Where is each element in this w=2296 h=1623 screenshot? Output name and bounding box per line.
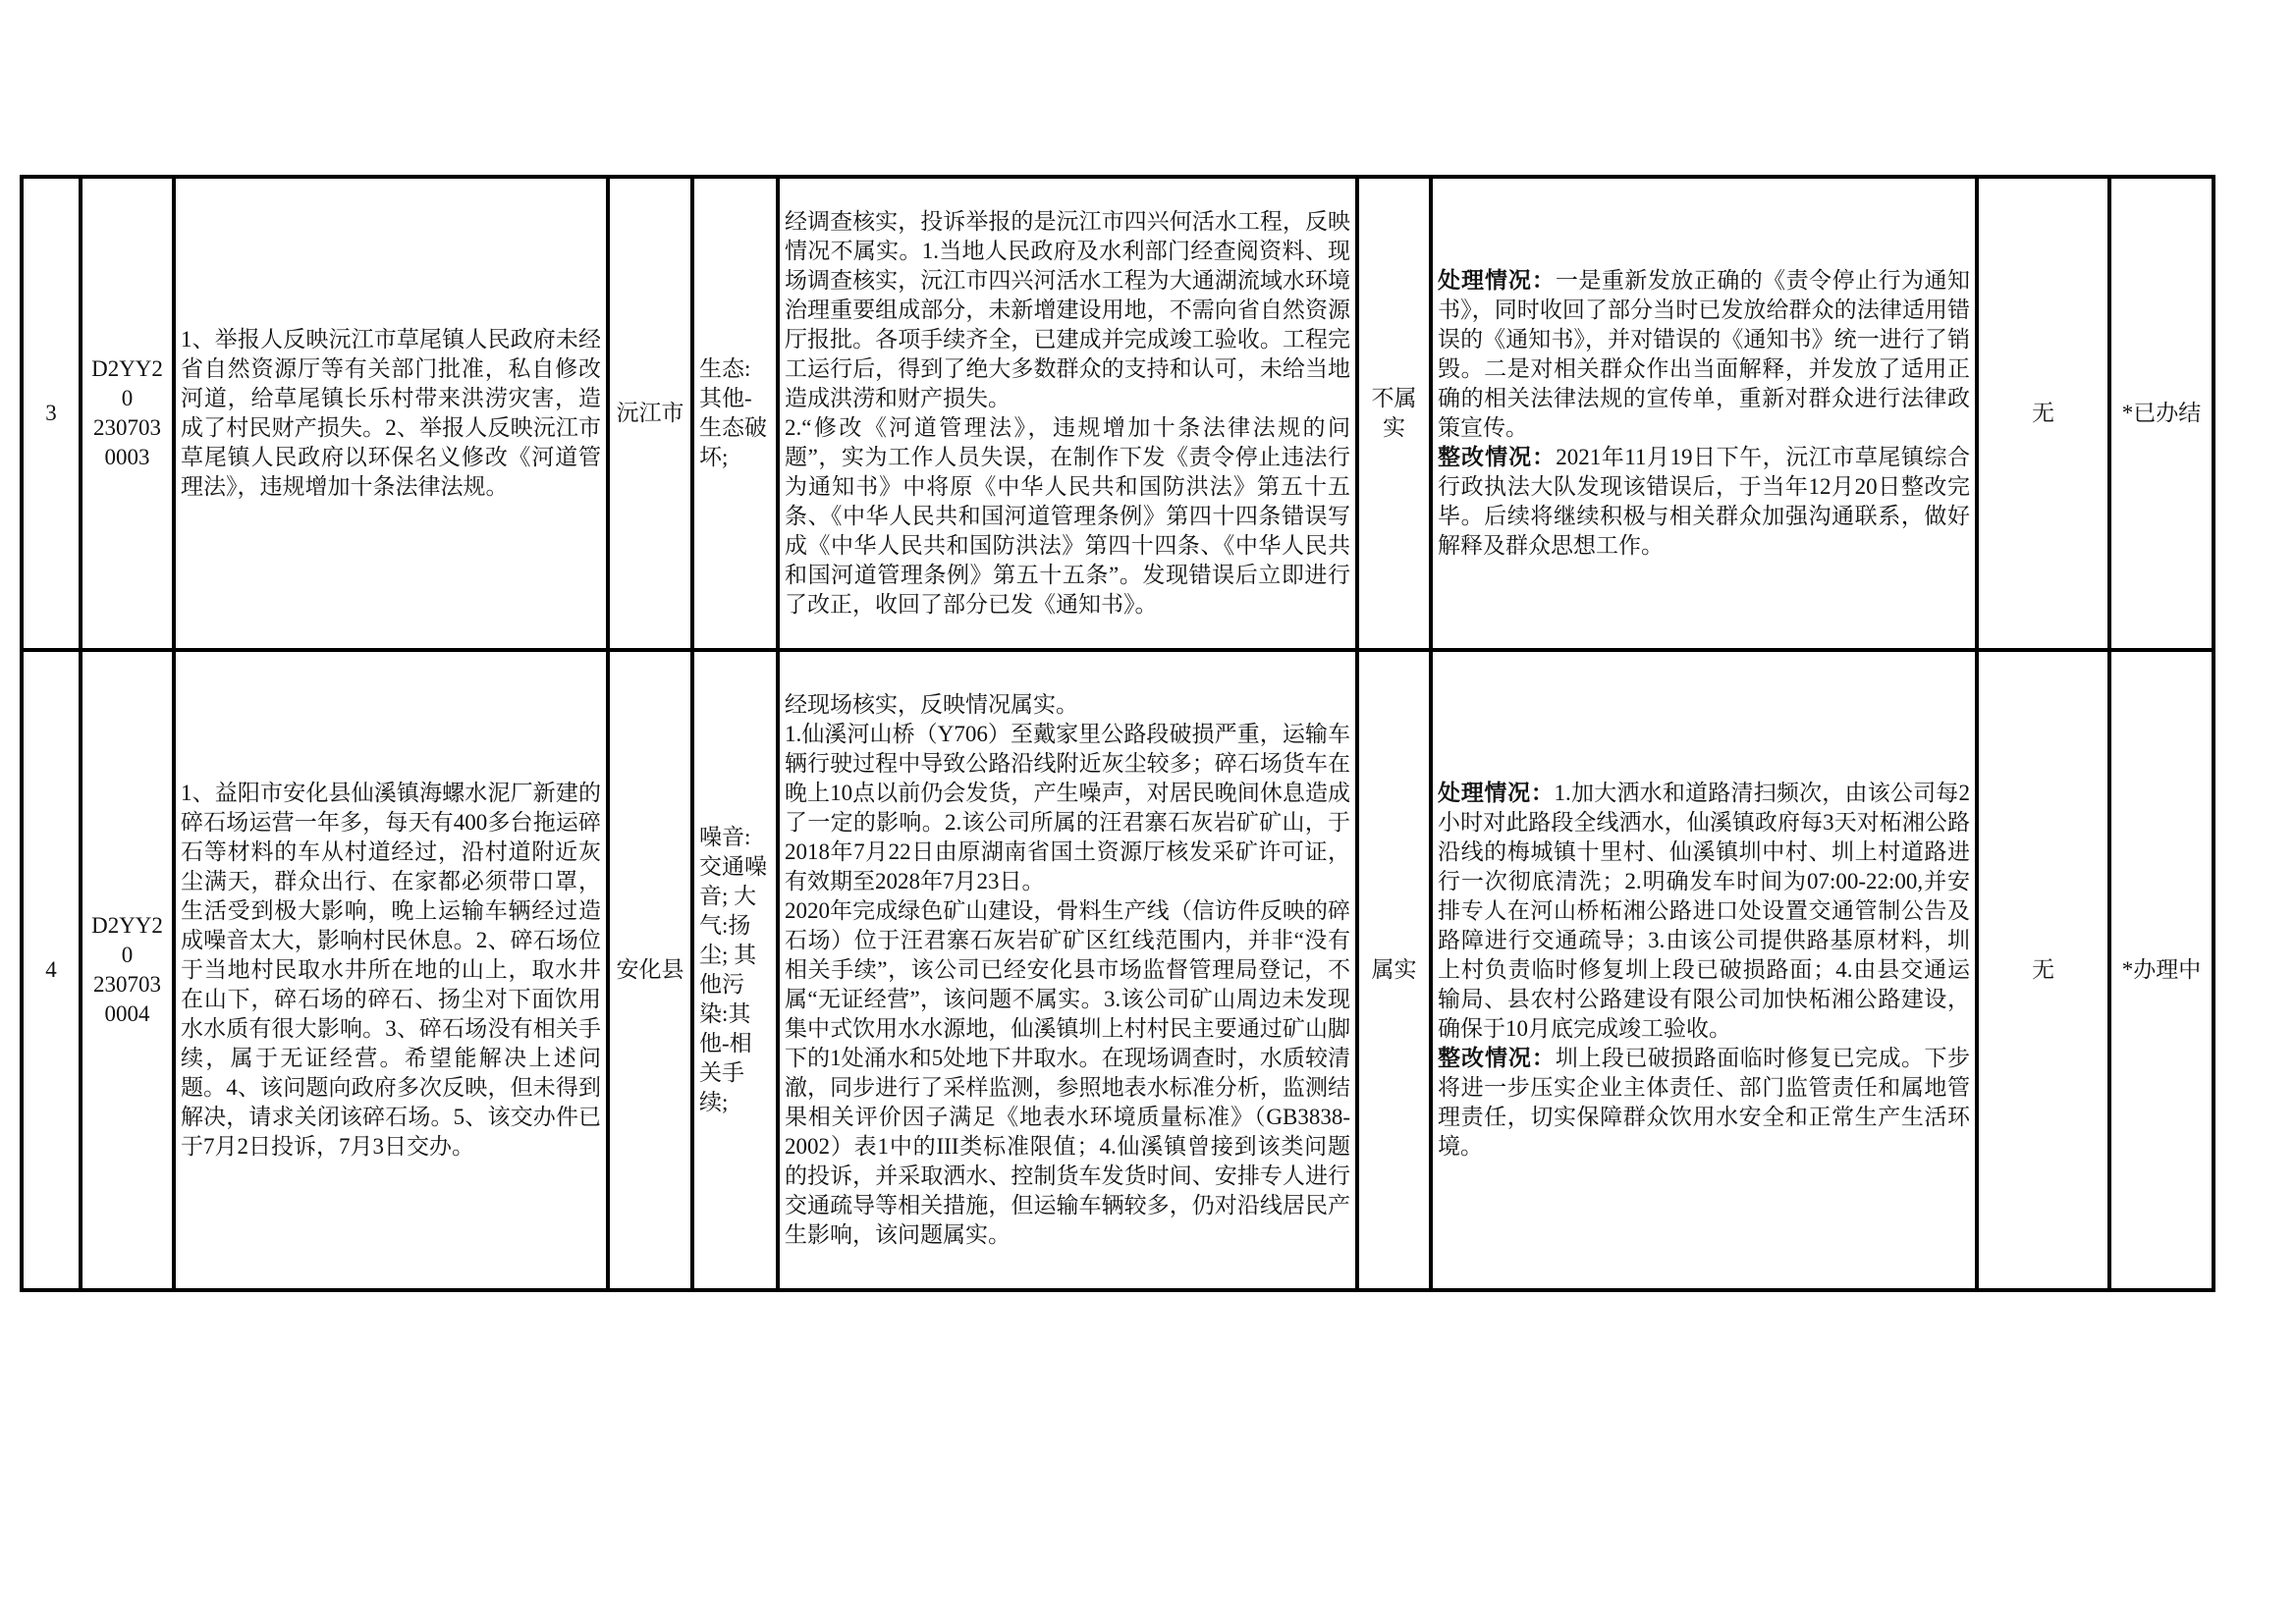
handling-text: 1.加大洒水和道路清扫频次，由该公司每2小时对此路段全线洒水，仙溪镇政府每3天对…	[1438, 781, 1970, 1041]
cell-case-id: D2YY20 230703 0003	[81, 177, 174, 650]
table-row: 3 D2YY20 230703 0003 1、举报人反映沅江市草尾镇人民政府未经…	[22, 177, 2214, 650]
paragraph: 整改情况：圳上段已破损路面临时修复已完成。下步将进一步压实企业主体责任、部门监管…	[1438, 1044, 1970, 1162]
complaints-table: 3 D2YY20 230703 0003 1、举报人反映沅江市草尾镇人民政府未经…	[20, 175, 2215, 1292]
handling-text: 一是重新发放正确的《责令停止行为通知书》，同时收回了部分当时已发放给群众的法律适…	[1438, 268, 1970, 440]
cell-status: *办理中	[2109, 650, 2214, 1290]
paragraph: 1.仙溪河山桥（Y706）至戴家里公路段破损严重，运输车辆行驶过程中导致公路沿线…	[785, 720, 1350, 896]
paragraph: 整改情况：2021年11月19日下午，沅江市草尾镇综合行政执法大队发现该错误后，…	[1438, 443, 1970, 561]
cell-row-number: 3	[22, 177, 81, 650]
cell-verdict: 属实	[1357, 650, 1431, 1290]
cell-investigation: 经调查核实，投诉举报的是沅江市四兴何活水工程，反映情况不属实。1.当地人民政府及…	[778, 177, 1357, 650]
paragraph: 经调查核实，投诉举报的是沅江市四兴何活水工程，反映情况不属实。1.当地人民政府及…	[785, 207, 1350, 413]
cell-complaint: 1、举报人反映沅江市草尾镇人民政府未经省自然资源厅等有关部门批准，私自修改河道，…	[174, 177, 608, 650]
rectification-label: 整改情况：	[1438, 1046, 1556, 1070]
paragraph: 经现场核实，反映情况属实。	[785, 690, 1350, 720]
paragraph: 处理情况：一是重新发放正确的《责令停止行为通知书》，同时收回了部分当时已发放给群…	[1438, 266, 1970, 443]
handling-label: 处理情况：	[1438, 268, 1556, 293]
paragraph: 2.“修改《河道管理法》，违规增加十条法律法规的问题”，实为工作人员失误，在制作…	[785, 413, 1350, 620]
cell-complaint: 1、益阳市安化县仙溪镇海螺水泥厂新建的碎石场运营一年多，每天有400多台拖运碎石…	[174, 650, 608, 1290]
cell-category: 噪音:交通噪音; 大气:扬尘; 其他污染:其他-相关手续;	[692, 650, 778, 1290]
cell-handling: 处理情况：1.加大洒水和道路清扫频次，由该公司每2小时对此路段全线洒水，仙溪镇政…	[1431, 650, 1977, 1290]
table-row: 4 D2YY20 230703 0004 1、益阳市安化县仙溪镇海螺水泥厂新建的…	[22, 650, 2214, 1290]
rectification-label: 整改情况：	[1438, 445, 1556, 469]
cell-category: 生态:其他-生态破坏;	[692, 177, 778, 650]
cell-city: 安化县	[608, 650, 692, 1290]
handling-label: 处理情况：	[1438, 781, 1555, 805]
cell-city: 沅江市	[608, 177, 692, 650]
cell-supervision: 无	[1977, 650, 2109, 1290]
paragraph: 2020年完成绿色矿山建设，骨料生产线（信访件反映的碎石场）位于汪君寨石灰岩矿矿…	[785, 896, 1350, 1250]
cell-verdict: 不属实	[1357, 177, 1431, 650]
cell-status: *已办结	[2109, 177, 2214, 650]
cell-handling: 处理情况：一是重新发放正确的《责令停止行为通知书》，同时收回了部分当时已发放给群…	[1431, 177, 1977, 650]
cell-case-id: D2YY20 230703 0004	[81, 650, 174, 1290]
document-page: 3 D2YY20 230703 0003 1、举报人反映沅江市草尾镇人民政府未经…	[0, 0, 2296, 1623]
cell-investigation: 经现场核实，反映情况属实。 1.仙溪河山桥（Y706）至戴家里公路段破损严重，运…	[778, 650, 1357, 1290]
cell-supervision: 无	[1977, 177, 2109, 650]
paragraph: 处理情况：1.加大洒水和道路清扫频次，由该公司每2小时对此路段全线洒水，仙溪镇政…	[1438, 779, 1970, 1044]
cell-row-number: 4	[22, 650, 81, 1290]
